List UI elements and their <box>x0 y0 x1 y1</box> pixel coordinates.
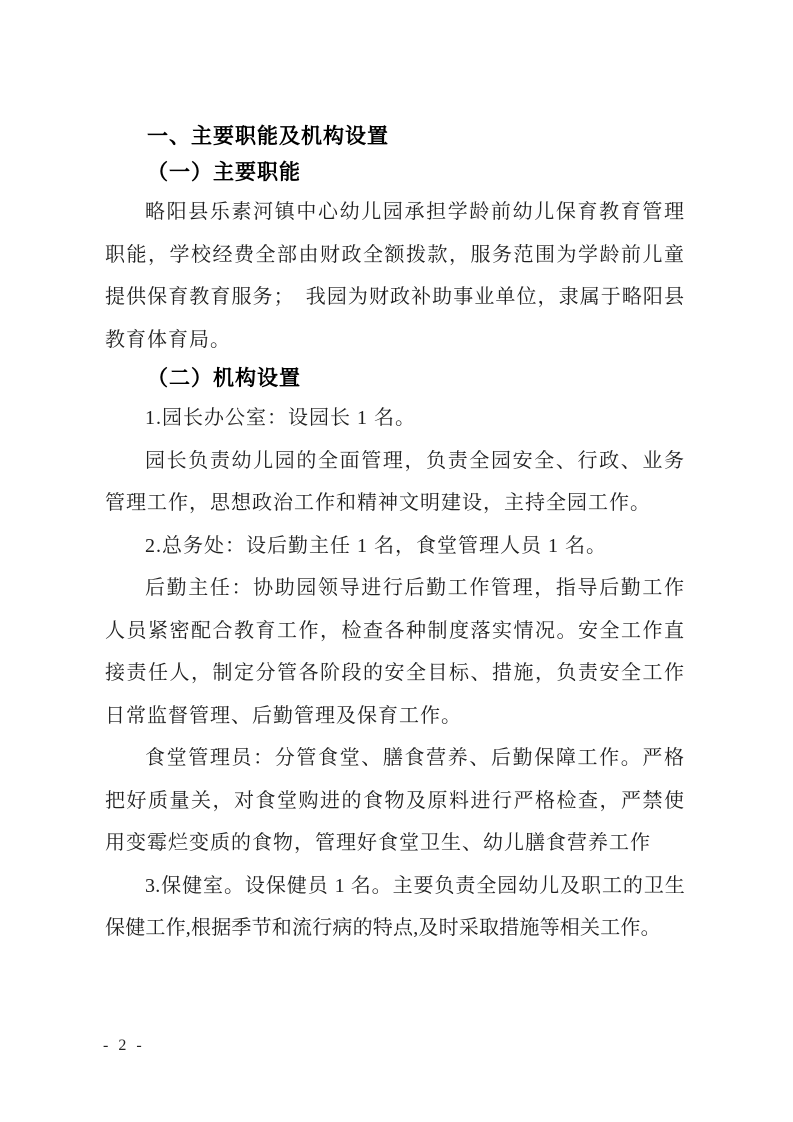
document-page: 一、主要职能及机构设置 （一）主要职能 略阳县乐素河镇中心幼儿园承担学龄前幼儿保… <box>0 0 793 1122</box>
paragraph-canteen-manager-duties: 食堂管理员：分管食堂、膳食营养、后勤保障工作。严格把好质量关，对食堂购进的食物及… <box>105 737 685 865</box>
main-heading: 一、主要职能及机构设置 <box>105 119 685 155</box>
section-heading-main-duties: （一）主要职能 <box>105 155 685 191</box>
paragraph-director-duties: 园长负责幼儿园的全面管理，负责全园安全、行政、业务管理工作，思想政治工作和精神文… <box>105 440 685 525</box>
section-heading-organization: （二）机构设置 <box>105 361 685 397</box>
paragraph-item-general-affairs: 2.总务处：设后勤主任 1 名，食堂管理人员 1 名。 <box>105 525 685 568</box>
paragraph-main-duties: 略阳县乐素河镇中心幼儿园承担学龄前幼儿保育教育管理职能，学校经费全部由财政全额拨… <box>105 191 685 361</box>
paragraph-logistics-director-duties: 后勤主任：协助园领导进行后勤工作管理，指导后勤工作人员紧密配合教育工作，检查各种… <box>105 567 685 737</box>
document-body: 一、主要职能及机构设置 （一）主要职能 略阳县乐素河镇中心幼儿园承担学龄前幼儿保… <box>105 119 685 950</box>
paragraph-item-director-office: 1.园长办公室：设园长 1 名。 <box>105 397 685 440</box>
page-number: - 2 - <box>103 1037 145 1055</box>
paragraph-item-health-room: 3.保健室。设保健员 1 名。主要负责全园幼儿及职工的卫生保健工作,根据季节和流… <box>105 865 685 950</box>
